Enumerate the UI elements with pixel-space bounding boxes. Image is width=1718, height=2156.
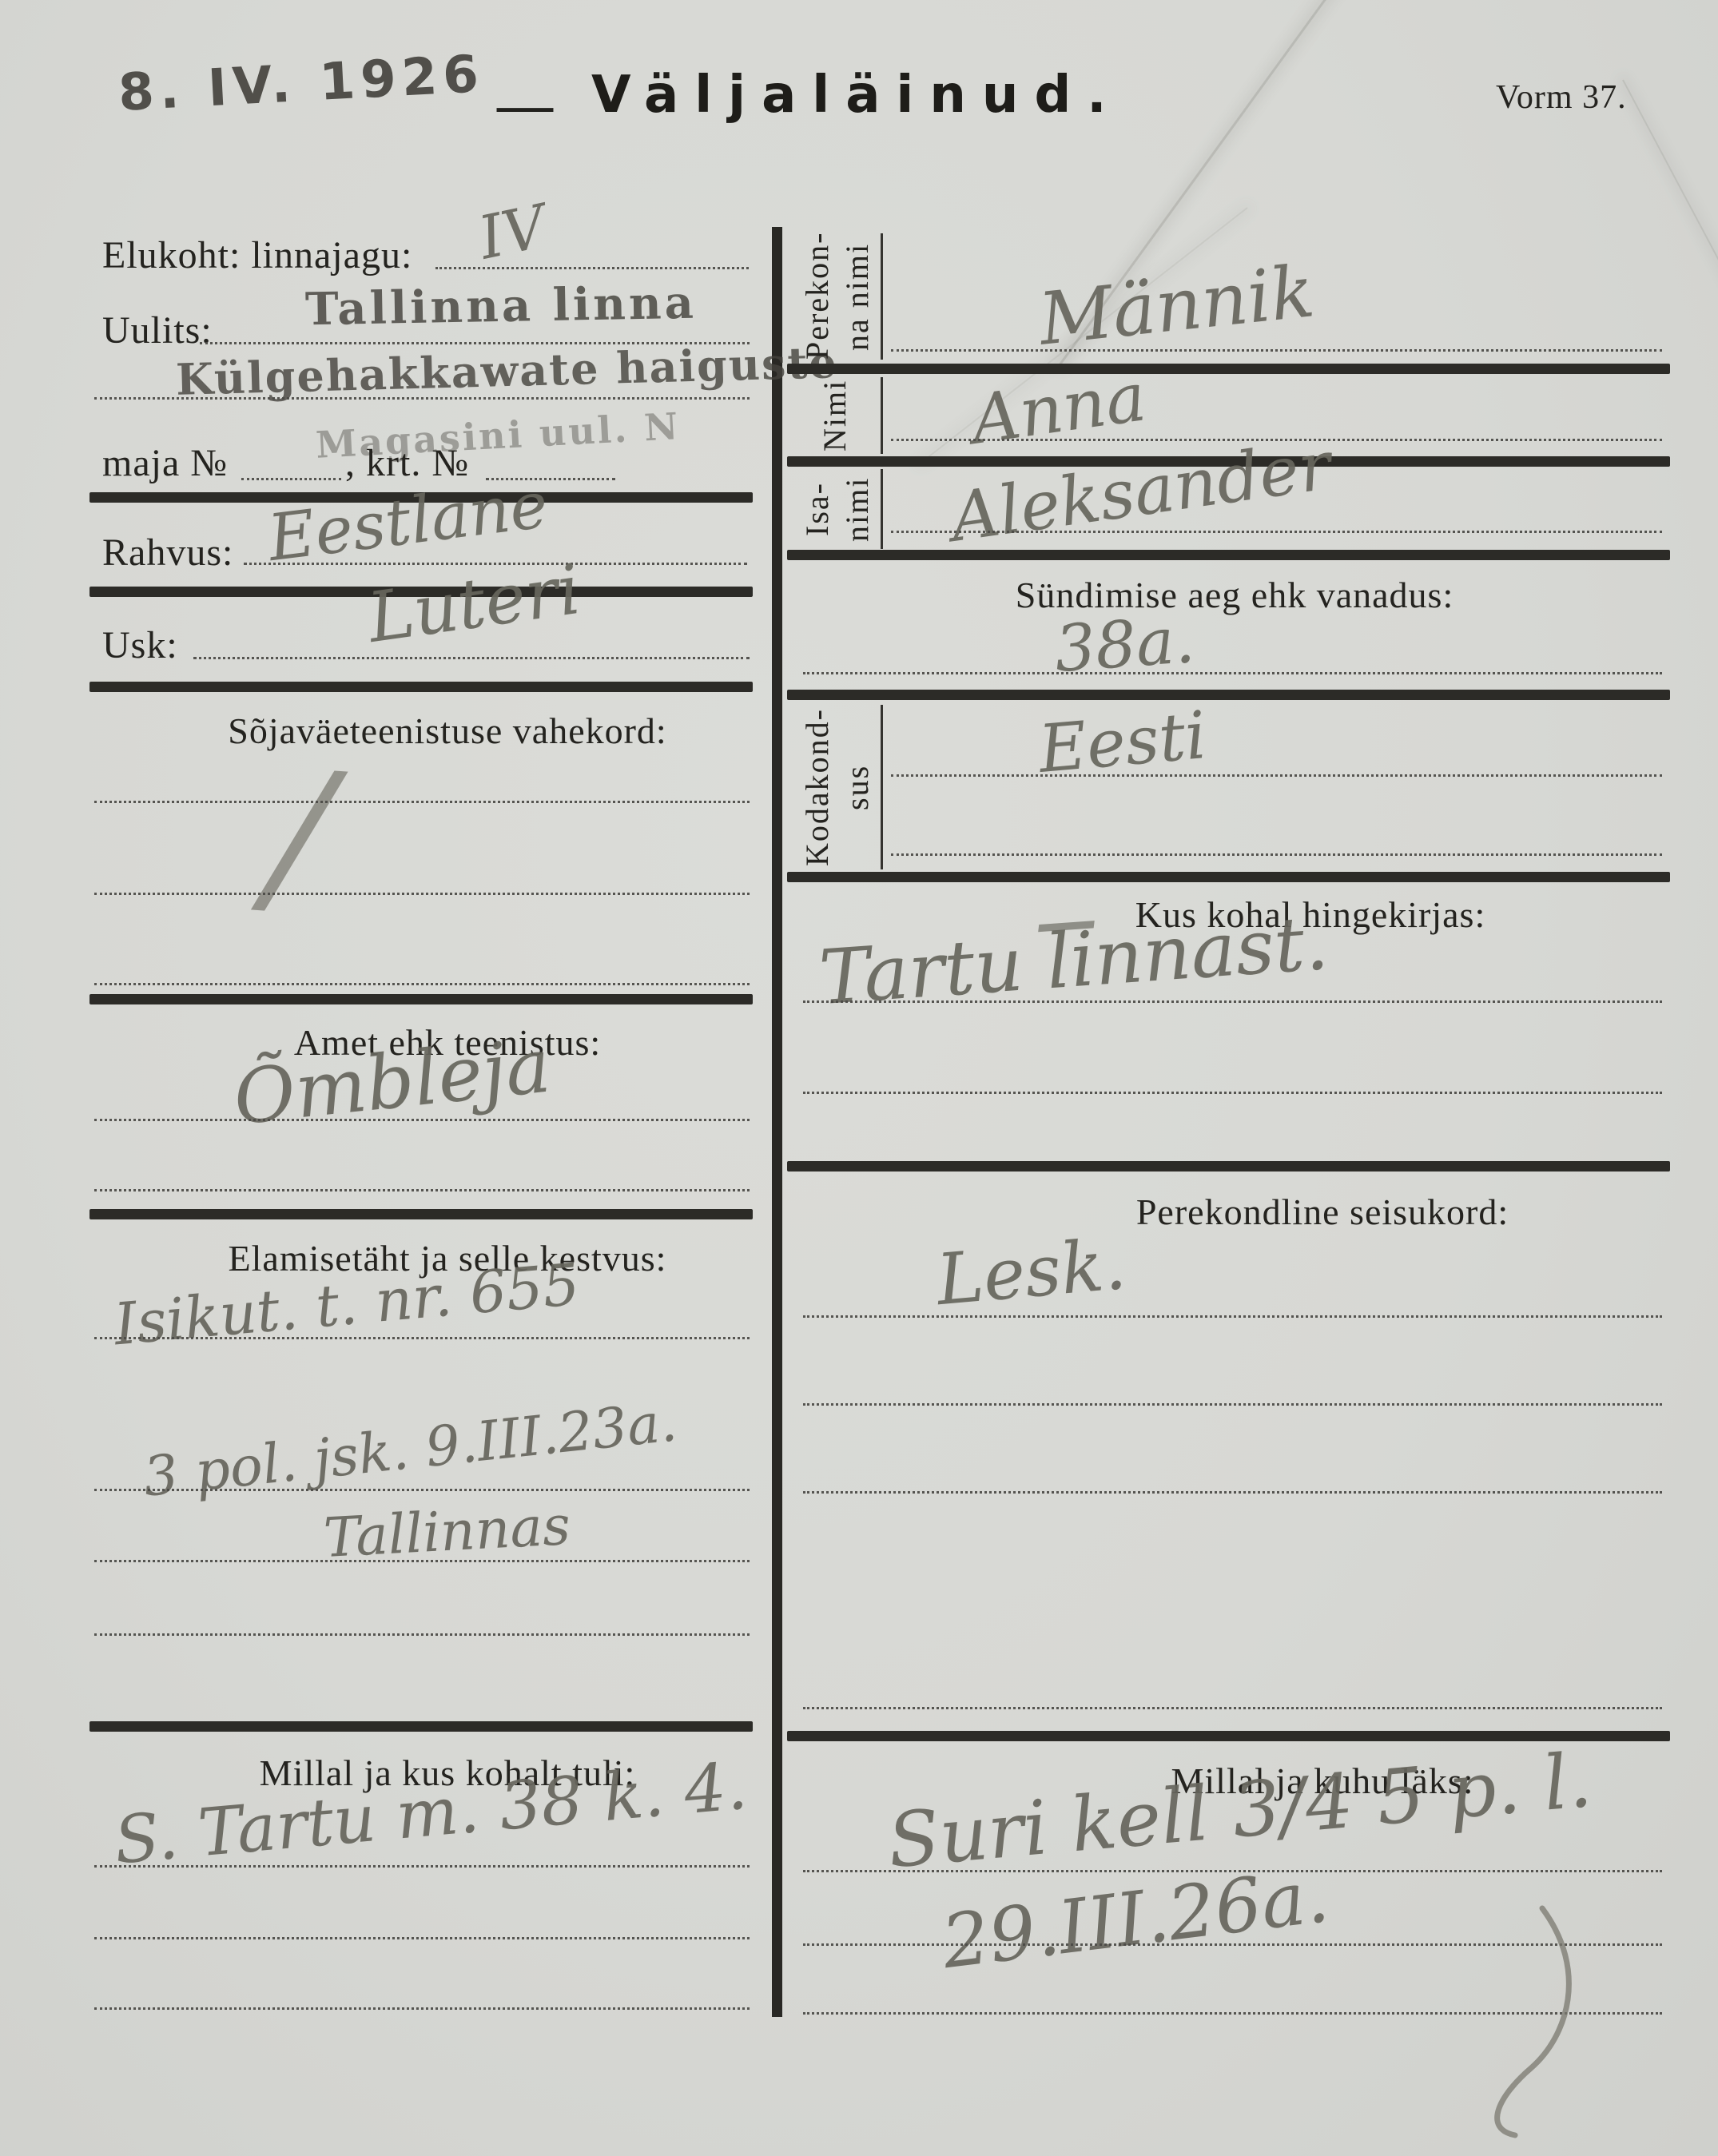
dotted-line: [94, 893, 750, 895]
date-stamp: 8. IV. 1926: [117, 45, 485, 123]
dotted-line: [803, 1707, 1662, 1709]
dotted-line: [891, 531, 1662, 533]
dotted-line: [94, 2007, 750, 2010]
section-rule: [89, 994, 753, 1004]
handwritten-elamisetaht-line2: 3 pol. jsk. 9.III.23a.: [141, 1390, 680, 1510]
dotted-line: [94, 1189, 750, 1191]
vertical-field-label-nimi: Nimi: [815, 377, 855, 454]
dotted-line: [94, 983, 750, 985]
section-rule: [787, 872, 1670, 882]
dotted-line: [94, 397, 750, 400]
stamp-tallinna-linna: Tallinna linna: [304, 276, 697, 336]
dotted-line: [891, 853, 1662, 856]
section-rule: [787, 1161, 1670, 1171]
handwritten-elamisetaht-line3: Tallinnas: [322, 1494, 572, 1570]
heading-sundimise-aeg: Sündimise aeg ehk vanadus:: [803, 574, 1666, 616]
section-rule: [787, 1731, 1670, 1741]
title-dash: —: [497, 74, 554, 137]
dotted-line: [891, 349, 1662, 352]
section-rule: [89, 1209, 753, 1219]
dotted-line: [803, 1092, 1662, 1094]
dotted-line: [241, 478, 341, 480]
dotted-line: [193, 657, 750, 659]
column-divider: [772, 227, 782, 2017]
handwritten-usk-value: Luteri: [363, 550, 585, 658]
field-label-elukoht: Elukoht: linnajagu:: [102, 233, 412, 277]
handwritten-hingekirjas-value: Tartu linnast.: [817, 900, 1331, 1022]
field-label-uulits: Uulits:: [102, 308, 213, 352]
page-title: Väljaläinud.: [591, 66, 1123, 125]
dotted-line: [94, 1337, 750, 1339]
section-rule: [787, 550, 1670, 560]
vertical-field-label-isanimi: Isa- nimi: [797, 469, 877, 549]
handwritten-elukoht-value: IV: [473, 192, 552, 272]
heading-seisukord: Perekondline seisukord:: [943, 1191, 1702, 1233]
label-separator-line: [881, 233, 883, 360]
dotted-line: [94, 1489, 750, 1491]
section-rule: [787, 364, 1670, 374]
document-page: 8. IV. 1926 — Väljaläinud. Vorm 37. Eluk…: [0, 0, 1718, 2156]
dotted-line: [94, 1119, 750, 1121]
vertical-field-label-kodakondsus: Kodakond- sus: [797, 705, 877, 869]
dotted-line: [803, 1403, 1662, 1406]
form-number: Vorm 37.: [1496, 78, 1627, 117]
pencil-slash-mark: /: [263, 732, 336, 941]
label-separator-line: [881, 377, 883, 454]
handwritten-perekonnanimi-value: Männik: [1035, 249, 1318, 361]
dotted-line: [94, 1560, 750, 1562]
label-separator-line: [881, 705, 883, 869]
dotted-line: [803, 672, 1662, 674]
dotted-line: [94, 801, 750, 803]
dotted-line: [94, 1937, 750, 1939]
dotted-line: [94, 1865, 750, 1868]
section-rule: [89, 1721, 753, 1732]
field-label-rahvus: Rahvus:: [102, 531, 233, 575]
vertical-field-label-perekonnanimi: Perekon- na nimi: [797, 233, 877, 360]
handwritten-seisukord-value: Lesk.: [933, 1223, 1129, 1321]
paper-crease: [1622, 80, 1718, 405]
dotted-line: [891, 774, 1662, 777]
dotted-line: [803, 1315, 1662, 1318]
section-rule: [787, 690, 1670, 700]
stamp-kylgehakkawate-haiguste: Külgehakkawate haiguste: [175, 336, 838, 405]
dotted-line: [435, 267, 749, 269]
dotted-line: [803, 1491, 1662, 1494]
dotted-line: [803, 1000, 1662, 1003]
heading-sojavaeteenistus: Sõjaväeteenistuse vahekord:: [128, 710, 767, 752]
field-label-usk: Usk:: [102, 623, 178, 667]
field-label-maja-nr: maja №: [102, 441, 228, 485]
label-separator-line: [881, 469, 883, 549]
dotted-line: [94, 1633, 750, 1636]
section-rule: [89, 682, 753, 692]
pencil-flourish-mark: [1462, 1902, 1606, 2142]
